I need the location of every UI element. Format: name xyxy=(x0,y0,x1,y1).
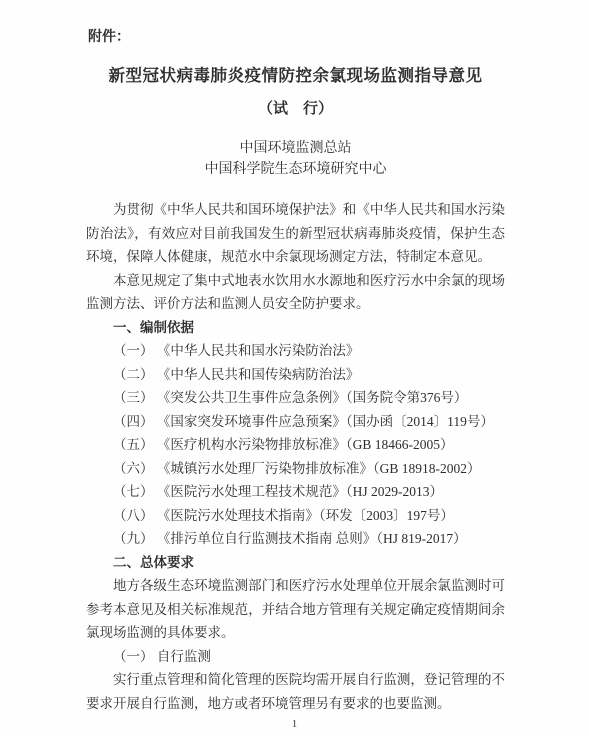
document-title: 新型冠状病毒肺炎疫情防控余氯现场监测指导意见 xyxy=(86,64,505,88)
document-page: 附件： 新型冠状病毒肺炎疫情防控余氯现场监测指导意见 （试 行） 中国环境监测总… xyxy=(0,0,589,736)
attachment-label: 附件： xyxy=(88,30,505,46)
section-2-paragraph-2: 实行重点管理和简化管理的医院均需开展自行监测，登记管理的不要求开展自行监测，地方… xyxy=(86,668,505,715)
page-number: 1 xyxy=(0,718,589,730)
document-body: 为贯彻《中华人民共和国环境保护法》和《中华人民共和国水污染防治法》，有效应对目前… xyxy=(86,198,505,715)
reference-item: （八） 《医院污水处理技术指南》（环发〔2003〕197号） xyxy=(86,504,505,528)
reference-item: （三） 《突发公共卫生事件应急条例》（国务院令第376号） xyxy=(86,386,505,410)
organization-1: 中国环境监测总站 xyxy=(86,138,505,159)
reference-item: （六） 《城镇污水处理厂污染物排放标准》（GB 18918-2002） xyxy=(86,457,505,481)
subsection-heading-self-monitoring: （一） 自行监测 xyxy=(86,645,505,669)
intro-paragraph-2: 本意见规定了集中式地表水饮用水水源地和医疗污水中余氯的现场监测方法、评价方法和监… xyxy=(86,269,505,316)
reference-item: （五） 《医疗机构水污染物排放标准》（GB 18466-2005） xyxy=(86,433,505,457)
section-1-heading: 一、编制依据 xyxy=(86,316,505,340)
reference-item: （七） 《医院污水处理工程技术规范》（HJ 2029-2013） xyxy=(86,480,505,504)
reference-item: （四） 《国家突发环境事件应急预案》（国办函〔2014〕119号） xyxy=(86,410,505,434)
intro-paragraph-1: 为贯彻《中华人民共和国环境保护法》和《中华人民共和国水污染防治法》，有效应对目前… xyxy=(86,198,505,269)
reference-item: （九） 《排污单位自行监测技术指南 总则》（HJ 819-2017） xyxy=(86,527,505,551)
issuing-organizations: 中国环境监测总站 中国科学院生态环境研究中心 xyxy=(86,138,505,180)
section-2-paragraph-1: 地方各级生态环境监测部门和医疗污水处理单位开展余氯监测时可参考本意见及相关标准规… xyxy=(86,574,505,645)
section-2-heading: 二、总体要求 xyxy=(86,551,505,575)
reference-item: （一） 《中华人民共和国水污染防治法》 xyxy=(86,339,505,363)
reference-item: （二） 《中华人民共和国传染病防治法》 xyxy=(86,363,505,387)
reference-list: （一） 《中华人民共和国水污染防治法》 （二） 《中华人民共和国传染病防治法》 … xyxy=(86,339,505,551)
organization-2: 中国科学院生态环境研究中心 xyxy=(86,159,505,180)
document-subtitle: （试 行） xyxy=(86,98,505,120)
